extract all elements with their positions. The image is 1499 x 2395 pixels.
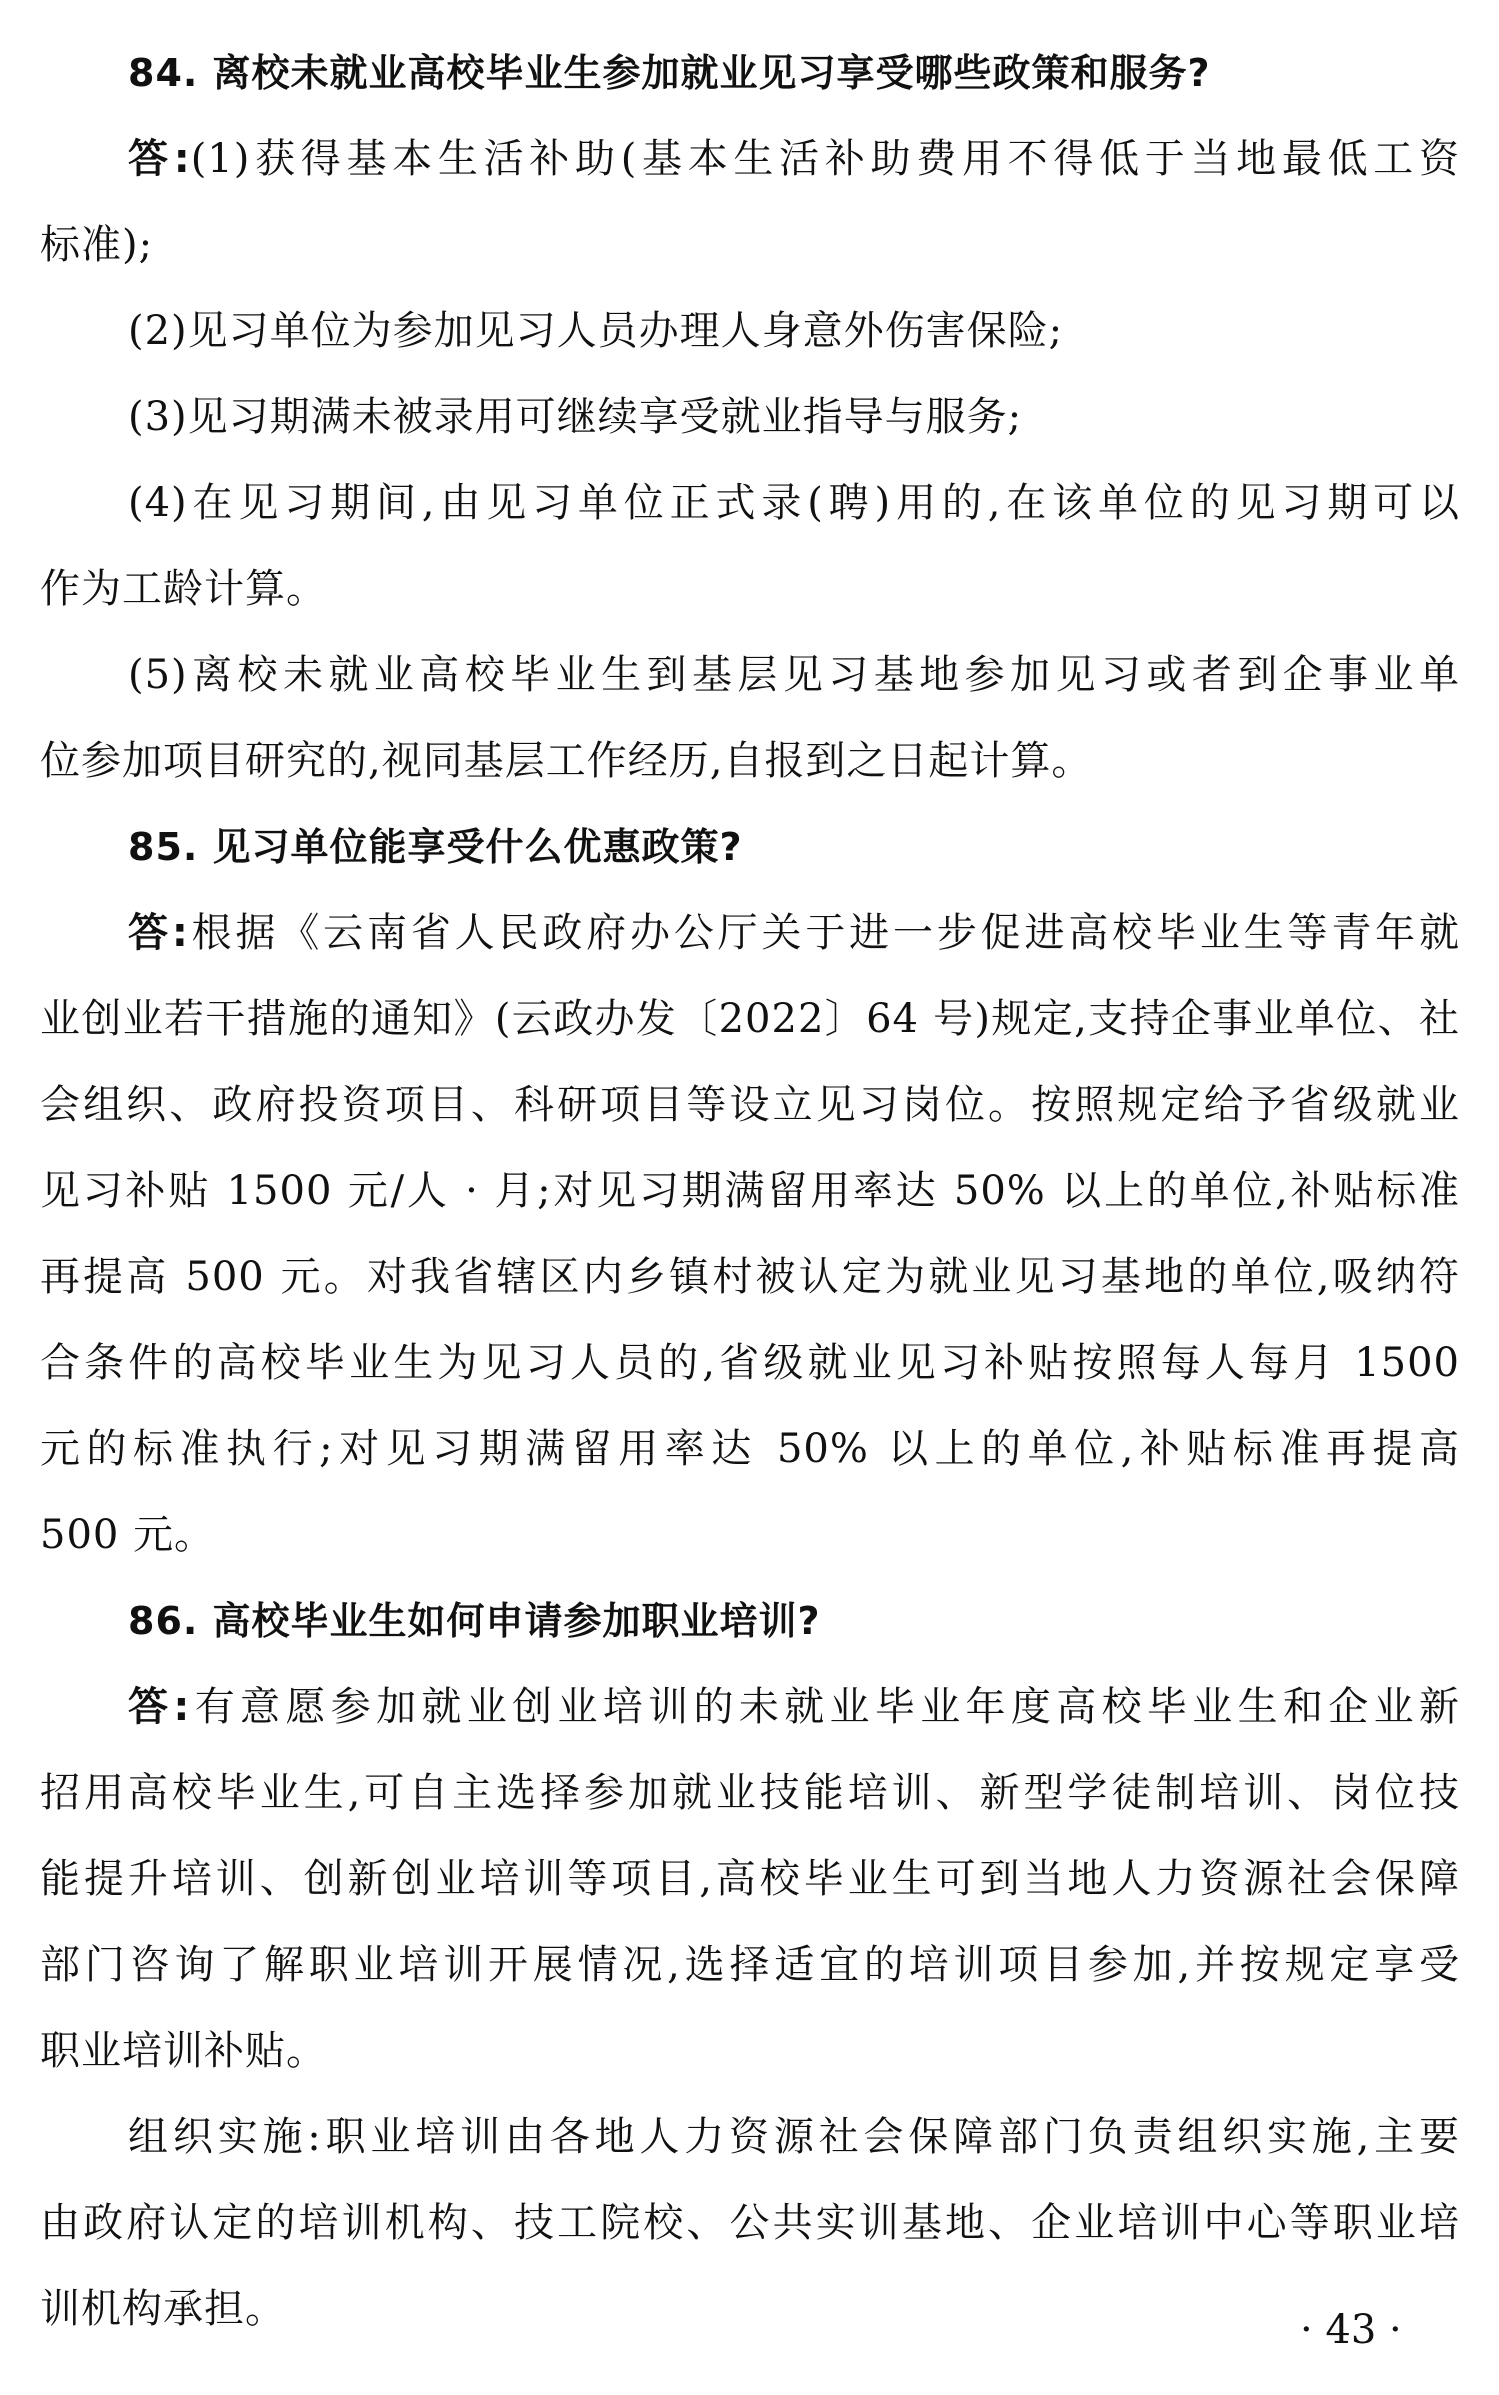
answer-86-line: 由政府认定的培训机构、技工院校、公共实训基地、企业培训中心等职业培: [40, 2180, 1460, 2266]
answer-86-line: 组织实施:职业培训由各地人力资源社会保障部门负责组织实施,主要: [128, 2094, 1460, 2180]
answer-84-line: (2)见习单位为参加见习人员办理人身意外伤害保险;: [128, 288, 1063, 374]
answer-84-line: 作为工龄计算。: [40, 546, 327, 632]
answer-84-line: 答:(1)获得基本生活补助(基本生活补助费用不得低于当地最低工资: [128, 116, 1460, 202]
answer-85-line: 答:根据《云南省人民政府办公厅关于进一步促进高校毕业生等青年就: [128, 890, 1460, 976]
answer-86-line: 能提升培训、创新创业培训等项目,高校毕业生可到当地人力资源社会保障: [40, 1836, 1460, 1922]
page-number: · 43 ·: [1300, 2300, 1402, 2360]
answer-text: 有意愿参加就业创业培训的未就业毕业年度高校毕业生和企业新: [190, 1684, 1460, 1730]
answer-84-line: (5)离校未就业高校毕业生到基层见习基地参加见习或者到企事业单: [128, 632, 1460, 718]
answer-85-line: 元的标准执行;对见习期满留用率达 50% 以上的单位,补贴标准再提高: [40, 1406, 1460, 1492]
answer-text: 根据《云南省人民政府办公厅关于进一步促进高校毕业生等青年就: [189, 910, 1460, 956]
answer-86-line: 职业培训补贴。: [40, 2008, 327, 2094]
question-86-title: 86. 高校毕业生如何申请参加职业培训?: [128, 1578, 821, 1664]
answer-84-line: 标准);: [40, 202, 153, 288]
answer-text: (1)获得基本生活补助(基本生活补助费用不得低于当地最低工资: [191, 136, 1460, 182]
answer-label: 答:: [128, 136, 191, 182]
answer-85-line: 见习补贴 1500 元/人 · 月;对见习期满留用率达 50% 以上的单位,补贴…: [40, 1148, 1460, 1234]
answer-84-line: (4)在见习期间,由见习单位正式录(聘)用的,在该单位的见习期可以: [128, 460, 1460, 546]
answer-85-line: 合条件的高校毕业生为见习人员的,省级就业见习补贴按照每人每月 1500: [40, 1320, 1460, 1406]
answer-85-line: 再提高 500 元。对我省辖区内乡镇村被认定为就业见习基地的单位,吸纳符: [40, 1234, 1460, 1320]
answer-label: 答:: [128, 1684, 190, 1730]
answer-86-line: 训机构承担。: [40, 2266, 286, 2352]
answer-85-line: 500 元。: [40, 1492, 215, 1578]
question-85-title: 85. 见习单位能享受什么优惠政策?: [128, 804, 743, 890]
answer-85-line: 会组织、政府投资项目、科研项目等设立见习岗位。按照规定给予省级就业: [40, 1062, 1460, 1148]
answer-86-line: 答:有意愿参加就业创业培训的未就业毕业年度高校毕业生和企业新: [128, 1664, 1460, 1750]
answer-86-line: 部门咨询了解职业培训开展情况,选择适宜的培训项目参加,并按规定享受: [40, 1922, 1460, 2008]
answer-label: 答:: [128, 910, 189, 956]
answer-84-line: 位参加项目研究的,视同基层工作经历,自报到之日起计算。: [40, 718, 1092, 804]
answer-84-line: (3)见习期满未被录用可继续享受就业指导与服务;: [128, 374, 1022, 460]
question-84-title: 84. 离校未就业高校毕业生参加就业见习享受哪些政策和服务?: [128, 30, 1211, 116]
answer-86-line: 招用高校毕业生,可自主选择参加就业技能培训、新型学徒制培训、岗位技: [40, 1750, 1460, 1836]
answer-85-line: 业创业若干措施的通知》(云政办发〔2022〕64 号)规定,支持企事业单位、社: [40, 976, 1460, 1062]
